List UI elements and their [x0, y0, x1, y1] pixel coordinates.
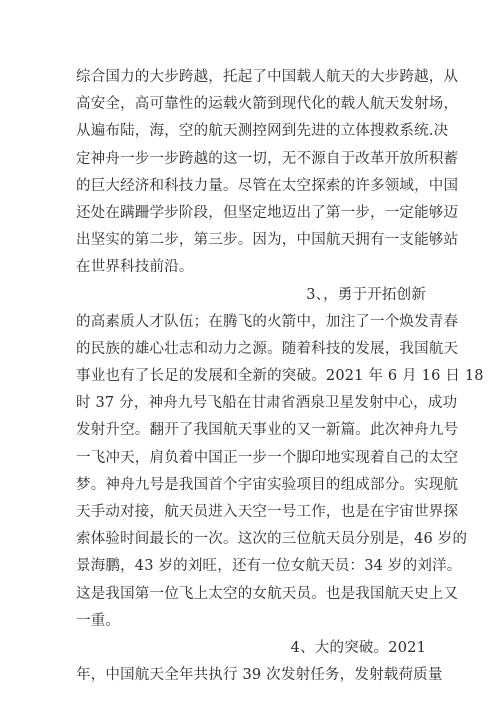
- text-line: 这是我国第一位飞上太空的女航天员。也是我国航天史上又: [76, 581, 426, 608]
- section-heading-3: 3、，勇于开拓创新: [76, 282, 426, 309]
- text-line: 时 37 分，神舟九号飞船在甘肃省酒泉卫星发射中心，成功: [76, 390, 426, 417]
- text-line: 索体验时间最长的一次。这次的三位航天员分别是，46 岁的: [76, 526, 426, 553]
- section-heading-4: 4、大的突破。2021: [76, 635, 426, 662]
- text-line: 发射升空。翻开了我国航天事业的又一新篇。此次神舟九号: [76, 417, 426, 444]
- text-line: 天手动对接，航天员进入天空一号工作，也是在宇宙世界探: [76, 499, 426, 526]
- text-line: 定神舟一步一步跨越的这一切，无不源自于改革开放所积蓄: [76, 146, 426, 173]
- text-line: 的民族的雄心壮志和动力之源。随着科技的发展，我国航天: [76, 336, 426, 363]
- text-line: 事业也有了长足的发展和全新的突破。2021 年 6 月 16 日 18: [76, 363, 426, 390]
- text-line: 一重。: [76, 608, 426, 635]
- text-line: 一飞冲天，肩负着中国正一步一个脚印地实现着自己的太空: [76, 445, 426, 472]
- document-page: 综合国力的大步跨越，托起了中国载人航天的大步跨越，从 高安全，高可靠性的运载火箭…: [0, 0, 500, 707]
- text-line: 的高素质人才队伍；在腾飞的火箭中，加注了一个焕发青春: [76, 309, 426, 336]
- text-line: 高安全，高可靠性的运载火箭到现代化的载人航天发射场，: [76, 91, 426, 118]
- text-line: 综合国力的大步跨越，托起了中国载人航天的大步跨越，从: [76, 64, 426, 91]
- text-line: 梦。神舟九号是我国首个宇宙实验项目的组成部分。实现航: [76, 472, 426, 499]
- text-line: 的巨大经济和科技力量。尽管在太空探索的许多领域，中国: [76, 173, 426, 200]
- text-line: 景海鹏，43 岁的刘旺，还有一位女航天员：34 岁的刘洋。: [76, 553, 426, 580]
- text-line: 年，中国航天全年共执行 39 次发射任务，发射载荷质量: [76, 662, 426, 689]
- text-line: 从遍布陆，海，空的航天测控网到先进的立体搜救系统.决: [76, 118, 426, 145]
- text-line: 在世界科技前沿。: [76, 254, 426, 281]
- document-body: 综合国力的大步跨越，托起了中国载人航天的大步跨越，从 高安全，高可靠性的运载火箭…: [76, 64, 426, 689]
- text-line: 还处在蹒跚学步阶段，但坚定地迈出了第一步，一定能够迈: [76, 200, 426, 227]
- text-line: 出坚实的第二步，第三步。因为，中国航天拥有一支能够站: [76, 227, 426, 254]
